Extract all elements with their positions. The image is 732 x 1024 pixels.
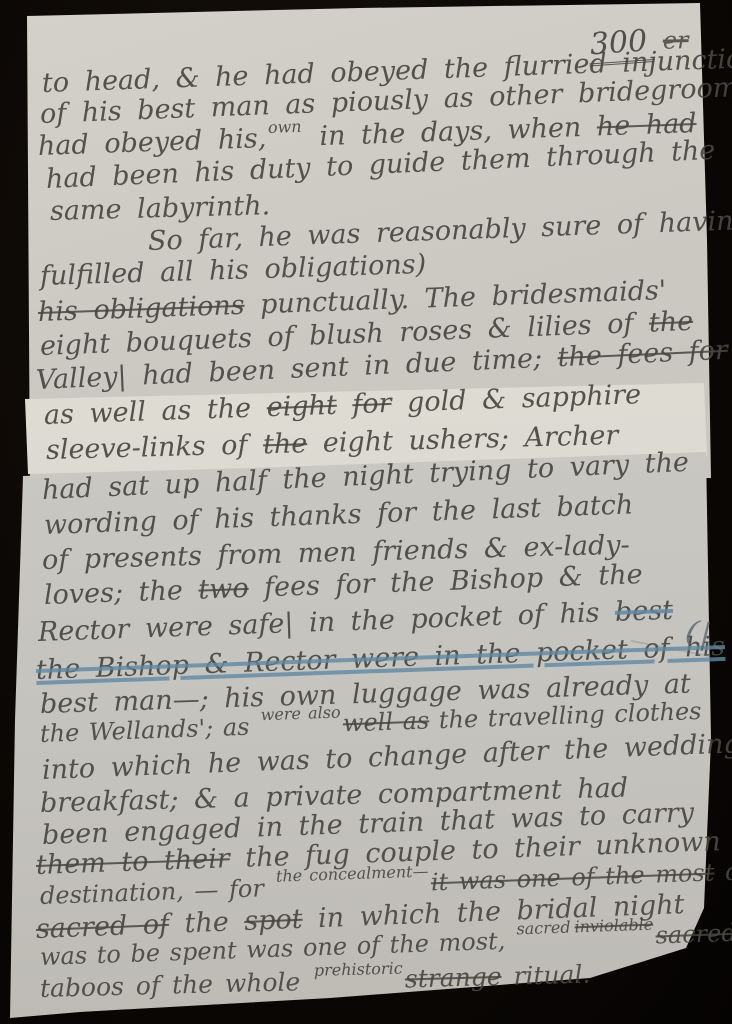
deleted-word: the fees for (557, 335, 729, 373)
handwritten-text: gold & sapphire (391, 379, 642, 419)
handwritten-text: as well as the (43, 392, 267, 431)
inserted-word: own (268, 119, 302, 136)
inserted-word: prehistoric (314, 961, 403, 979)
deleted-word: sacred (655, 919, 732, 950)
deleted-word: them to their (35, 843, 230, 881)
handwritten-text: sleeve-links of (46, 429, 264, 466)
manuscript-line: same labyrinth. (50, 192, 271, 225)
manuscript-line: fulfilled all his obligations) (40, 251, 427, 290)
manuscript-text-block: to head, & he had obeyed the flurried in… (0, 0, 732, 1024)
handwritten-text: ritual. (501, 960, 591, 991)
handwritten-text: taboos of the whole (40, 967, 313, 1003)
deleted-word: eight (266, 390, 337, 423)
handwritten-text: same labyrinth. (50, 190, 271, 227)
deleted-word: strange (405, 962, 502, 994)
deleted-word: best (614, 595, 673, 628)
deleted-word: spot (244, 904, 303, 937)
deleted-word: the (263, 428, 308, 460)
handwritten-text: the (168, 906, 245, 940)
manuscript-photo: 300er to head, & he had obeyed the flurr… (0, 0, 732, 1024)
handwritten-text: loves; the (43, 575, 198, 611)
inserted-word: sacred (516, 919, 571, 937)
deleted-word: two (198, 573, 249, 606)
inserted-word: the concealment— (276, 863, 429, 884)
handwritten-text: of (714, 857, 732, 886)
handwritten-text (336, 389, 353, 421)
deleted-word: for (352, 388, 392, 420)
deleted-word: well as (342, 706, 429, 737)
deleted-word: his obligations (37, 290, 245, 328)
deleted-word: the (648, 306, 693, 339)
inserted-word: were also (260, 705, 340, 724)
inserted-word: inviolable (574, 917, 653, 936)
